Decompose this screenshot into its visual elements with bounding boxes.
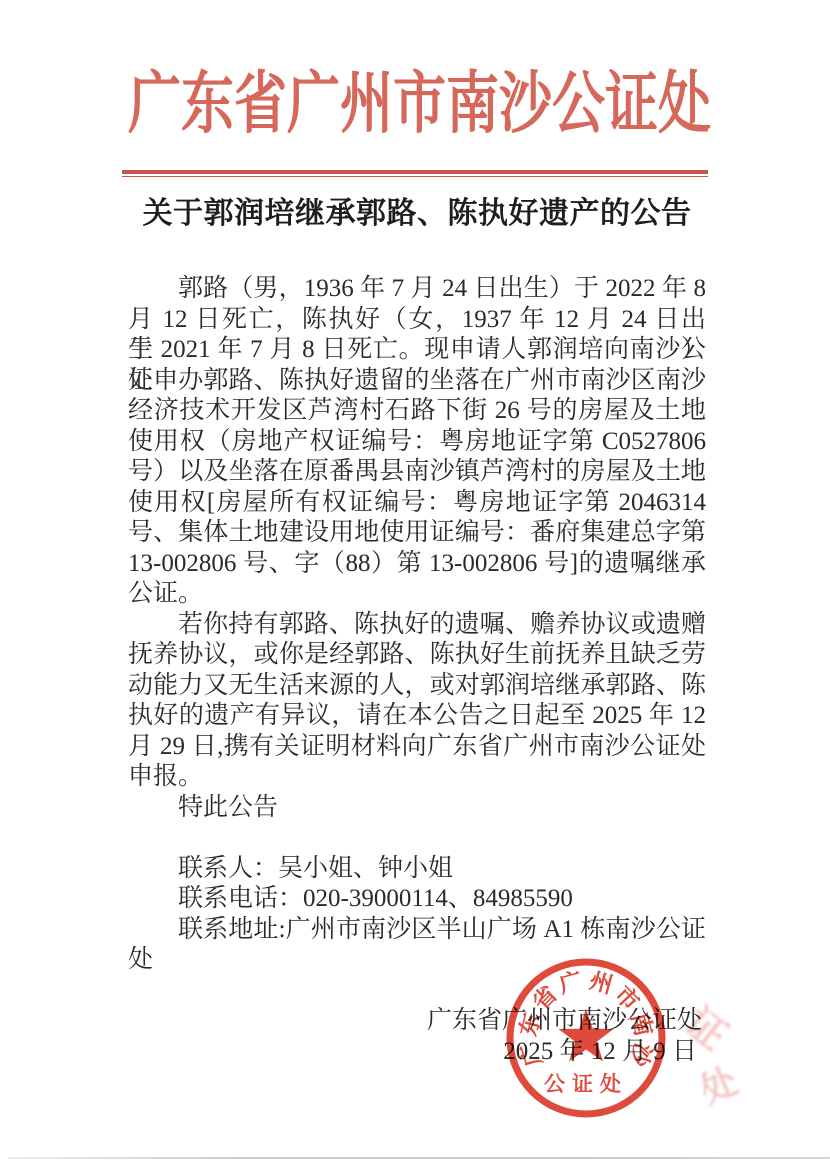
body-line: 公证。 xyxy=(128,579,706,610)
body-line: 申报。 xyxy=(128,762,706,793)
seal-graphic: 广 东 省 广 州 市 南 沙 公证处 xyxy=(496,948,676,1128)
body-line: 使用权（房地产权证编号：粤房地证字第 C0527806 xyxy=(128,427,706,458)
seal-arc-char: 广 xyxy=(556,967,585,998)
contact-address: 联系地址:广州市南沙区半山广场 A1 栋南沙公证 xyxy=(128,915,706,946)
letterhead-divider xyxy=(122,170,708,177)
seal-arc-char: 广 xyxy=(515,1040,547,1070)
seal-arc-char: 东 xyxy=(516,1010,546,1038)
seal-arc-char: 南 xyxy=(627,1010,658,1038)
letterhead-title: 广东省广州市南沙公证处 xyxy=(128,70,708,139)
divider-thin-line xyxy=(122,176,708,178)
body-line: 号、集体土地建设用地使用证编号：番府集建总字第 xyxy=(128,518,706,549)
seal-bottom-text: 公证处 xyxy=(544,1072,628,1096)
body-line: 月 29 日,携有关证明材料向广东省广州市南沙公证处 xyxy=(128,732,706,763)
scan-edge-line xyxy=(8,1157,830,1159)
contact-person: 联系人：吴小姐、钟小姐 xyxy=(128,854,706,885)
notice-title: 关于郭润培继承郭路、陈执好遗产的公告 xyxy=(118,196,716,232)
seal-arc-char: 州 xyxy=(587,968,616,998)
body-line: 于 2021 年 7 月 8 日死亡。现申请人郭润培向南沙公证 xyxy=(128,335,706,366)
body-line: 处申办郭路、陈执好遗留的坐落在广州市南沙区南沙 xyxy=(128,366,706,397)
body-line: 经济技术开发区芦湾村石路下街 26 号的房屋及土地 xyxy=(128,396,706,427)
body-line: 13-002806 号、字（88）第 13-002806 号]的遗嘱继承 xyxy=(128,549,706,580)
body-line: 动能力又无生活来源的人，或对郭润培继承郭路、陈 xyxy=(128,671,706,702)
body-line: 月 12 日死亡，陈执好（女，1937 年 12 月 24 日出生） xyxy=(128,305,706,336)
body-line: 郭路（男，1936 年 7 月 24 日出生）于 2022 年 8 xyxy=(128,274,706,305)
document-page: 广东省广州市南沙公证处 关于郭润培继承郭路、陈执好遗产的公告 郭路（男，1936… xyxy=(0,0,830,1174)
seal-arc-char: 沙 xyxy=(625,1040,656,1070)
star-icon xyxy=(558,1009,613,1062)
body-line: 号）以及坐落在原番禺县南沙镇芦湾村的房屋及土地 xyxy=(128,457,706,488)
official-seal: 广 东 省 广 州 市 南 沙 公证处 xyxy=(496,948,676,1128)
contact-phone: 联系电话：020-39000114、84985590 xyxy=(128,884,706,915)
body-line: 若你持有郭路、陈执好的遗嘱、赡养协议或遗赠 xyxy=(128,610,706,641)
body-line: 使用权[房屋所有权证编号：粤房地证字第 2046314 xyxy=(128,488,706,519)
closing-line: 特此公告 xyxy=(128,793,706,824)
body-line: 抚养协议，或你是经郭路、陈执好生前抚养且缺乏劳 xyxy=(128,640,706,671)
divider-thick-line xyxy=(122,170,708,174)
blank-line xyxy=(128,823,706,854)
body-line: 执好的遗产有异议，请在本公告之日起至 2025 年 12 xyxy=(128,701,706,732)
